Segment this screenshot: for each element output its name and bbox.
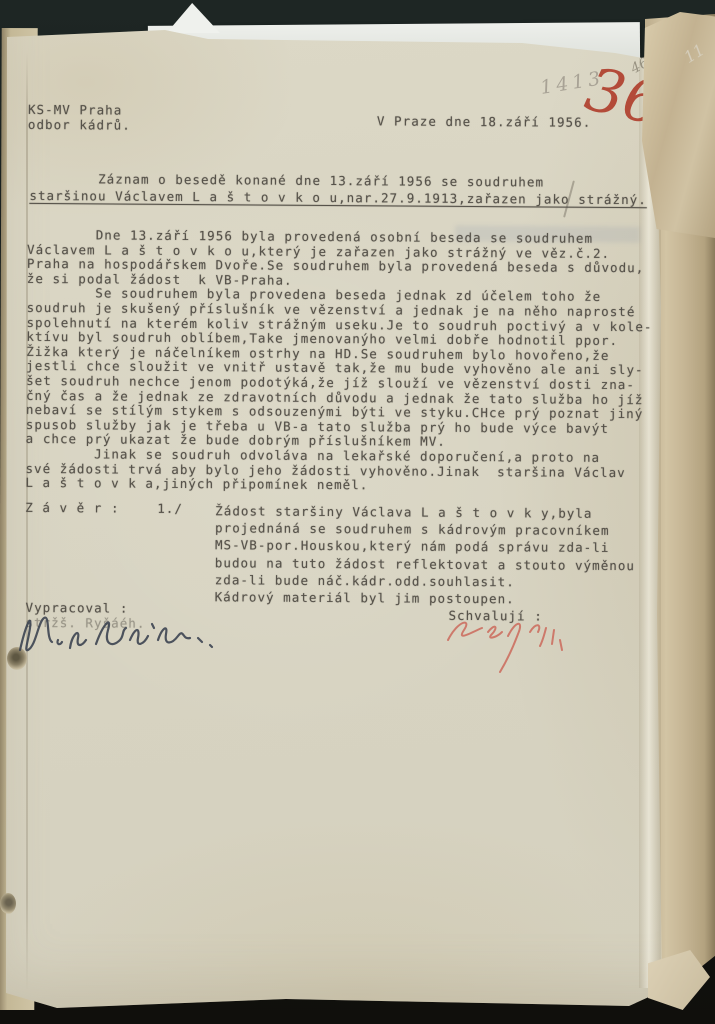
title-line1: Záznam o besedě konané dne 13.září 1956 … <box>29 171 544 190</box>
body-paragraphs: Dne 13.září 1956 byla provedená osobní b… <box>25 228 653 495</box>
title-line2-underlined: staršinou Václavem L a š t o v k o u,nar… <box>29 188 647 207</box>
folded-paper-corner <box>642 12 715 238</box>
paragraph-3: Jinak se soudruh odvoláva na lekařské do… <box>25 446 625 493</box>
zaver-conclusion-text: Žádost staršiny Václava L a š t o v k y,… <box>215 502 636 608</box>
date-line: V Praze dne 18.září 1956. <box>377 114 591 130</box>
paragraph-2: Se soudruhem byla provedena beseda jedna… <box>26 285 653 449</box>
zaver-item-number: 1./ <box>157 502 183 517</box>
handwritten-signature-dark <box>12 604 247 666</box>
typewritten-text-layer: KS-MV Praha odbor kádrů. V Praze dne 18.… <box>0 0 715 1024</box>
document-title: Záznam o besedě konané dne 13.září 1956 … <box>29 170 647 208</box>
handwritten-signature-red <box>438 610 593 682</box>
zaver-label: Z á v ě r : <box>25 501 119 516</box>
org-header: KS-MV Praha odbor kádrů. <box>28 103 131 133</box>
paragraph-1: Dne 13.září 1956 byla provedená osobní b… <box>27 227 645 288</box>
scanned-document-photo: { "page": { "org": "KS-MV Praha\nodbor k… <box>0 0 715 1024</box>
